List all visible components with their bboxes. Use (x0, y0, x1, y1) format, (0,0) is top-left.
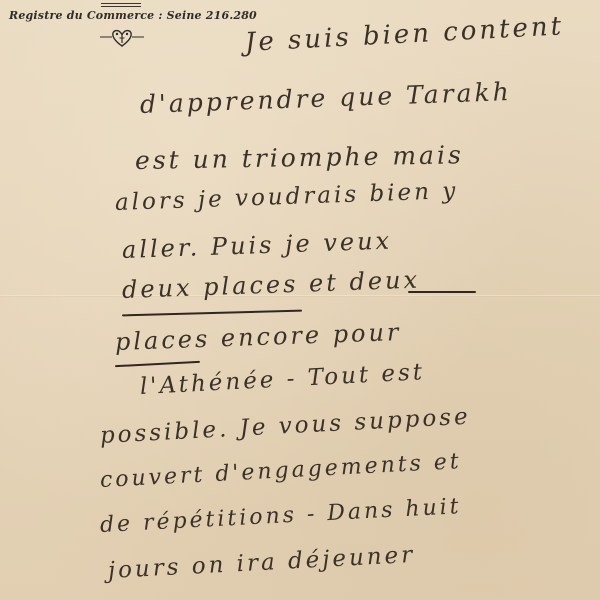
letter-line-7: places encore pour (115, 320, 402, 354)
letter-line-1: Je suis bien content (244, 13, 564, 56)
letterhead-double-rule (101, 3, 141, 7)
underline-deux-places (122, 310, 302, 317)
underline-places (115, 361, 200, 367)
letter-line-2: d'apprendre que Tarakh (140, 79, 513, 117)
registry-text: Registre du Commerce : Seine 216.280 (9, 9, 257, 22)
letter-page: Registre du Commerce : Seine 216.280 Je … (0, 0, 600, 600)
letter-line-12: jours on ira déjeuner (107, 544, 415, 583)
underline-deux (408, 291, 476, 293)
letter-line-4: alors je voudrais bien y (115, 180, 459, 215)
letter-line-5: aller. Puis je veux (122, 229, 393, 262)
letter-line-9: possible. Je vous suppose (99, 406, 471, 448)
letter-line-11: de répétitions - Dans huit (99, 496, 462, 537)
letter-line-3: est un triomphe mais (135, 142, 464, 173)
letter-line-10: couvert d'engagements et (99, 451, 462, 492)
letter-line-8: l'Athénée - Tout est (139, 361, 425, 399)
letterhead: Registre du Commerce : Seine 216.280 (0, 0, 250, 60)
heart-ornament-icon (100, 28, 144, 48)
